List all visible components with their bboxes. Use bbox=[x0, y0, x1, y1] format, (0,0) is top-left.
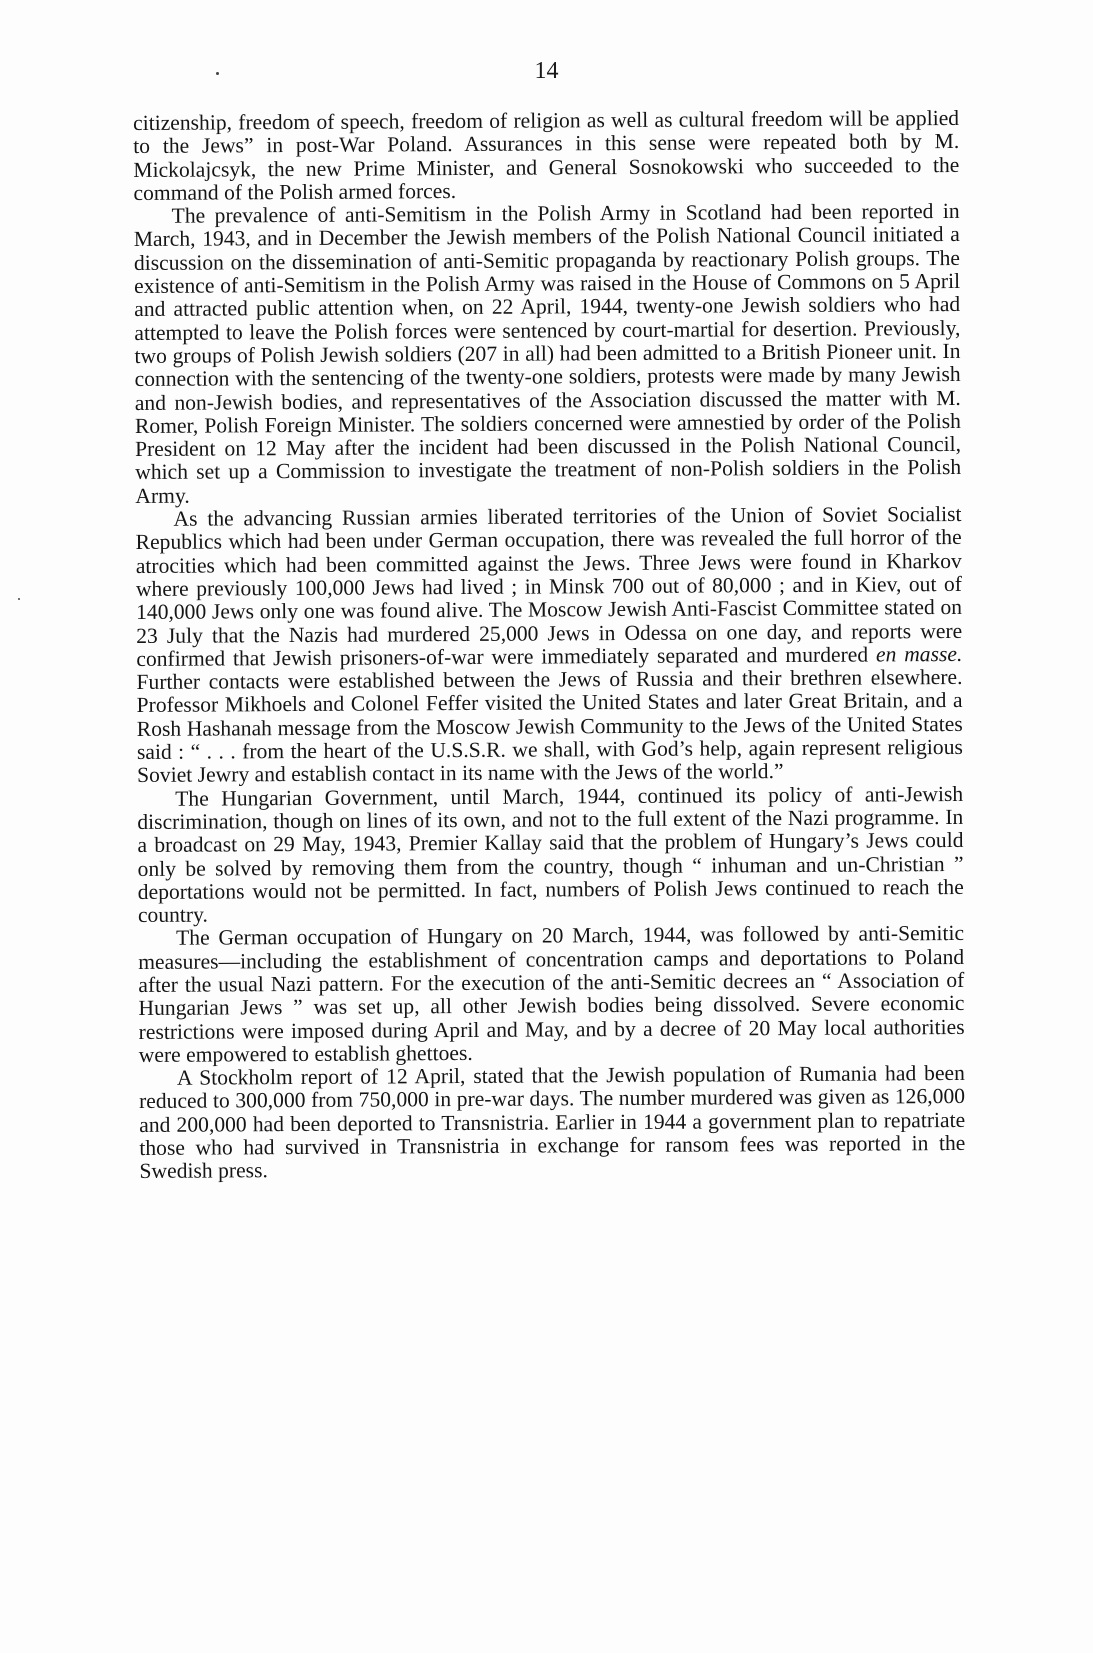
paragraph-continuation: citizenship, freedom of speech, freedom … bbox=[133, 107, 960, 205]
paragraph-hungarian-government: The Hungarian Government, until March, 1… bbox=[137, 783, 964, 928]
paragraph-soviet-union: As the advancing Russian armies liberate… bbox=[135, 503, 963, 788]
text-segment: As the advancing Russian armies liberate… bbox=[136, 502, 963, 671]
document-page: 14 citizenship, freedom of speech, freed… bbox=[0, 0, 1093, 1653]
text-segment: Further contacts were established betwee… bbox=[136, 665, 963, 787]
paragraph-polish-army: The prevalence of anti-Semitism in the P… bbox=[134, 200, 962, 508]
body-text: citizenship, freedom of speech, freedom … bbox=[133, 107, 966, 1184]
paragraph-german-occupation-hungary: The German occupation of Hungary on 20 M… bbox=[138, 922, 965, 1067]
italic-phrase: en masse. bbox=[876, 642, 963, 667]
page-number: 14 bbox=[0, 58, 1093, 85]
paragraph-rumania: A Stockholm report of 12 April, stated t… bbox=[139, 1062, 966, 1184]
scan-speck bbox=[18, 598, 20, 600]
